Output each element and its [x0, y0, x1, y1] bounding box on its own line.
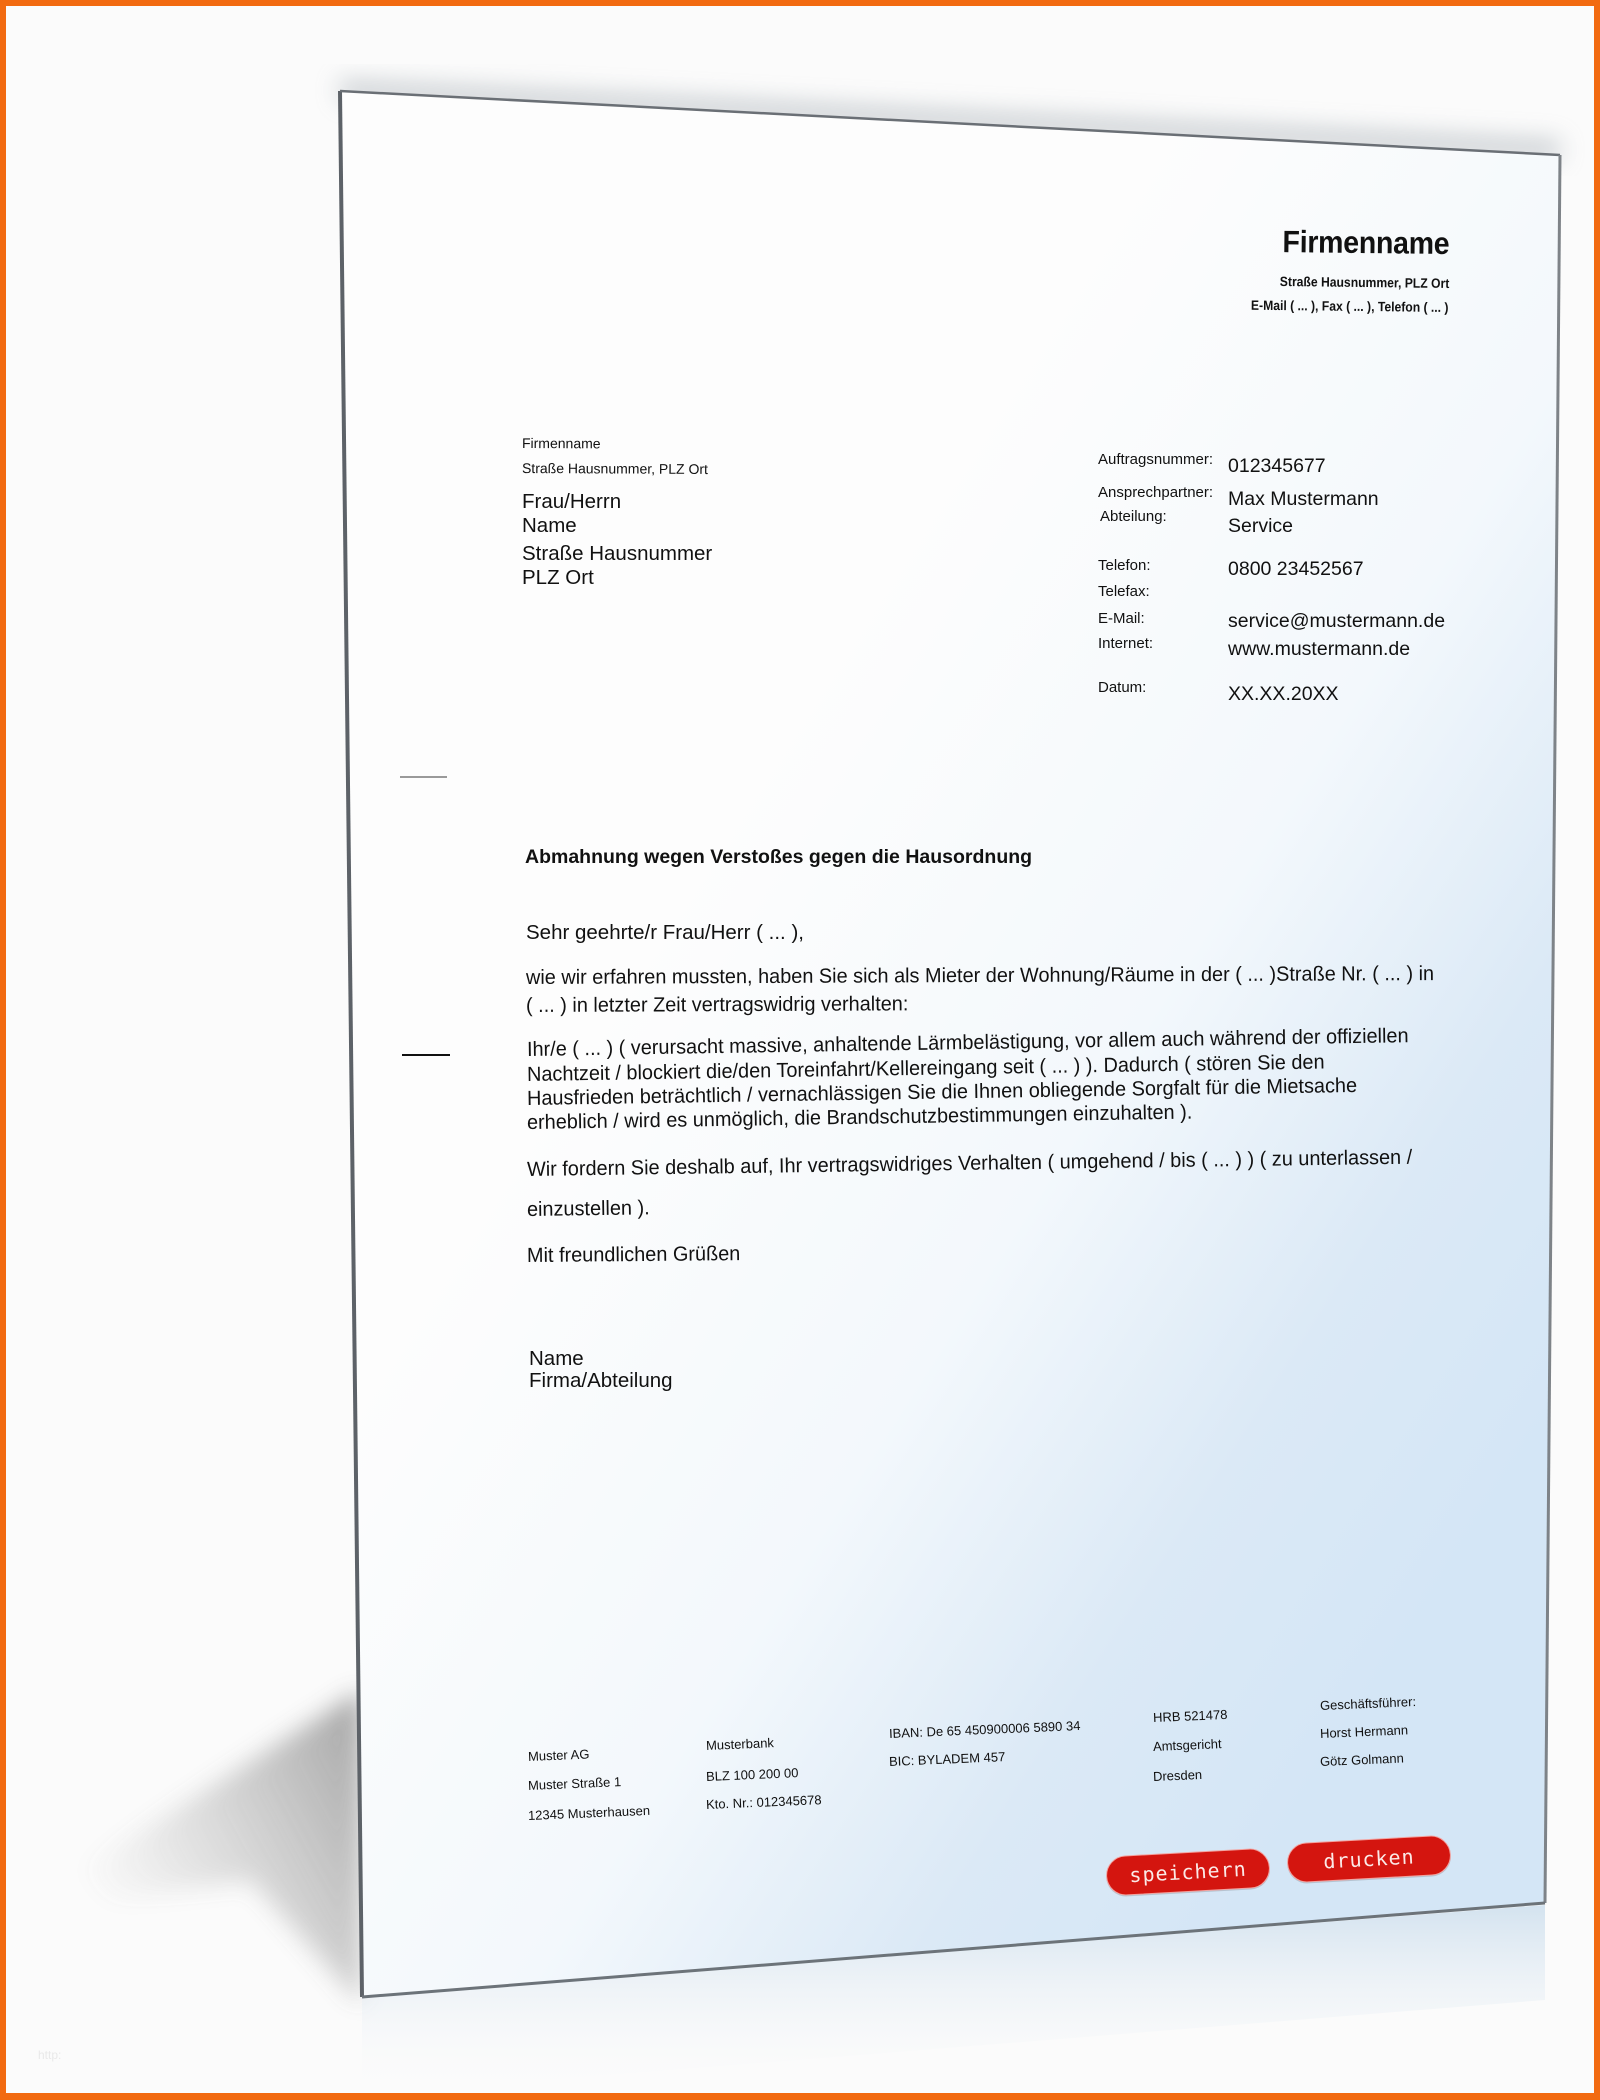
paragraph-1-line: ( ... ) in letzter Zeit vertragswidrig v… [526, 992, 908, 1018]
info-label-contact: Ansprechpartner: [1098, 484, 1213, 501]
info-label-email: E-Mail: [1098, 610, 1145, 627]
recipient-name: Name [522, 514, 577, 538]
info-label-internet: Internet: [1098, 635, 1153, 652]
footer-line: HRB 521478 [1153, 1707, 1228, 1725]
info-value-internet: www.mustermann.de [1228, 638, 1410, 661]
letterhead-company: Firmenname [1282, 224, 1449, 262]
footer-line: Dresden [1153, 1767, 1203, 1784]
paragraph-1-line: wie wir erfahren mussten, haben Sie sich… [526, 962, 1434, 990]
info-label-order: Auftragsnummer: [1098, 451, 1213, 468]
info-value-department: Service [1228, 515, 1293, 538]
document-preview: Firmenname Straße Hausnummer, PLZ Ort E-… [0, 0, 1600, 2100]
fold-mark-top [400, 776, 447, 778]
info-label-fax: Telefax: [1098, 583, 1150, 600]
info-label-phone: Telefon: [1098, 557, 1151, 574]
info-value-date: XX.XX.20XX [1228, 683, 1339, 706]
letter-salutation: Sehr geehrte/r Frau/Herr ( ... ), [526, 921, 804, 945]
recipient-city: PLZ Ort [522, 566, 594, 590]
fold-mark-middle [402, 1054, 450, 1056]
info-value-phone: 0800 23452567 [1228, 558, 1364, 581]
footer-line: Amtsgericht [1153, 1736, 1222, 1754]
footer-line: Musterbank [706, 1735, 774, 1753]
letter-subject: Abmahnung wegen Verstoßes gegen die Haus… [525, 846, 1032, 869]
signature-department: Firma/Abteilung [529, 1369, 673, 1393]
info-value-order: 012345677 [1228, 455, 1326, 478]
info-label-date: Datum: [1098, 679, 1146, 696]
info-value-email: service@mustermann.de [1228, 610, 1445, 633]
paragraph-3-line: einzustellen ). [527, 1196, 650, 1222]
info-label-department: Abteilung: [1100, 508, 1167, 525]
letterhead-contact: E-Mail ( ... ), Fax ( ... ), Telefon ( .… [1251, 298, 1449, 315]
watermark-text: http: [38, 2048, 61, 2062]
sender-address: Straße Hausnummer, PLZ Ort [522, 460, 708, 477]
letter-closing: Mit freundlichen Grüßen [527, 1242, 741, 1268]
signature-name: Name [529, 1347, 584, 1371]
info-value-contact: Max Mustermann [1228, 488, 1379, 511]
recipient-salutation: Frau/Herrn [522, 490, 621, 514]
letterhead-address: Straße Hausnummer, PLZ Ort [1279, 274, 1449, 291]
footer-line: Muster AG [528, 1746, 590, 1764]
sender-company: Firmenname [522, 435, 601, 451]
recipient-street: Straße Hausnummer [522, 542, 712, 566]
